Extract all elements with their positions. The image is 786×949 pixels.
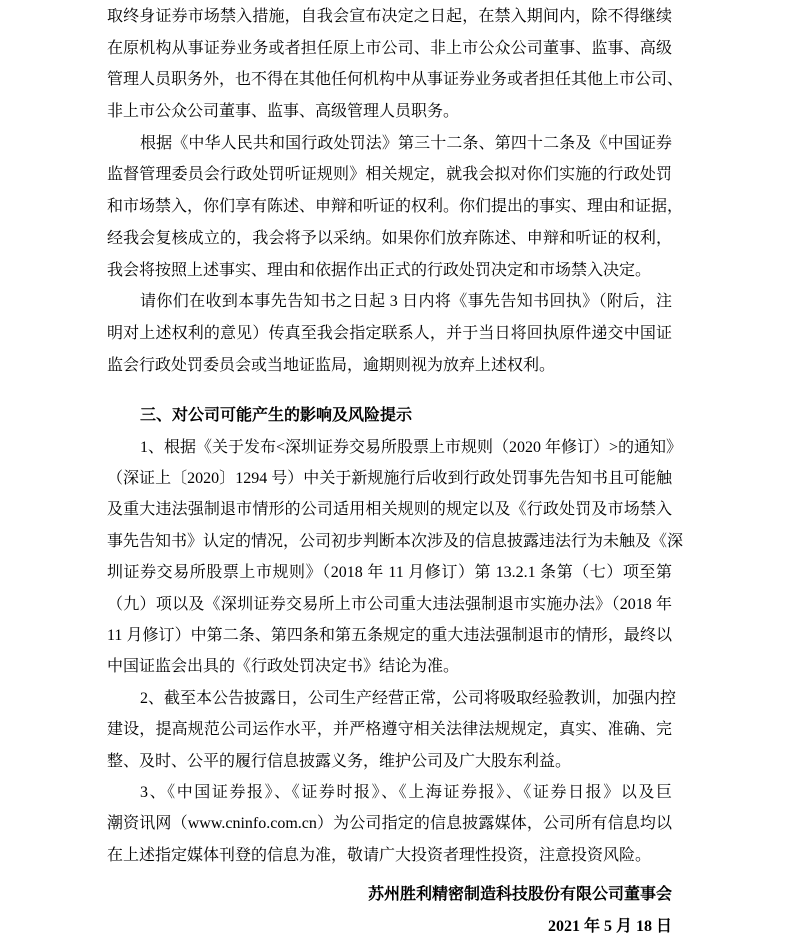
text-line: （九）项以及《深圳证券交易所上市公司重大违法强制退市实施办法》（2018 年: [107, 589, 672, 620]
text-line: （深证上〔2020〕1294 号）中关于新规施行后收到行政处罚事先告知书且可能触: [107, 463, 672, 494]
document-page: 取终身证券市场禁入措施，自我会宣布决定之日起，在禁入期间内，除不得继续 在原机构…: [107, 1, 672, 942]
text-line: 3、《中国证券报》、《证券时报》、《上海证券报》、《证券日报》以及巨: [140, 777, 672, 808]
document-body-top: 取终身证券市场禁入措施，自我会宣布决定之日起，在禁入期间内，除不得继续 在原机构…: [107, 1, 672, 381]
text-line: 1、根据《关于发布<深圳证券交易所股票上市规则（2020 年修订）>的通知》: [140, 432, 672, 463]
text-line: 2、截至本公告披露日，公司生产经营正常，公司将吸取经验教训，加强内控: [140, 683, 672, 714]
text-line: 非上市公众公司董事、监事、高级管理人员职务。: [107, 96, 672, 128]
text-line: 在原机构从事证券业务或者担任原上市公司、非上市公众公司董事、监事、高级: [107, 33, 672, 65]
paragraph-delisting-assessment: 1、根据《关于发布<深圳证券交易所股票上市规则（2020 年修订）>的通知》 （…: [107, 432, 672, 683]
text-line: 根据《中华人民共和国行政处罚法》第三十二条、第四十二条及《中国证券: [140, 128, 672, 160]
text-line: 取终身证券市场禁入措施，自我会宣布决定之日起，在禁入期间内，除不得继续: [107, 1, 672, 33]
text-line: 在上述指定媒体刊登的信息为准，敬请广大投资者理性投资，注意投资风险。: [107, 840, 672, 871]
paragraph-disclosure-media: 3、《中国证券报》、《证券时报》、《上海证券报》、《证券日报》以及巨 潮资讯网（…: [107, 777, 672, 871]
text-line: 监会行政处罚委员会或当地证监局，逾期则视为放弃上述权利。: [107, 350, 672, 382]
text-line: 监督管理委员会行政处罚听证规则》相关规定，就我会拟对你们实施的行政处罚: [107, 159, 672, 191]
text-line: 我会将按照上述事实、理由和依据作出正式的行政处罚决定和市场禁入决定。: [107, 255, 672, 287]
text-line: 请你们在收到本事先告知书之日起 3 日内将《事先告知书回执》（附后，注: [140, 286, 672, 318]
text-line: 整、及时、公平的履行信息披露义务，维护公司及广大股东利益。: [107, 746, 672, 777]
text-line: 潮资讯网（www.cninfo.com.cn）为公司指定的信息披露媒体，公司所有…: [107, 808, 672, 839]
document-body-section-3: 三、对公司可能产生的影响及风险提示 1、根据《关于发布<深圳证券交易所股票上市规…: [107, 400, 672, 871]
signatory-company: 苏州胜利精密制造科技股份有限公司董事会: [107, 879, 672, 911]
text-line: 管理人员职务外，也不得在其他任何机构中从事证券业务或者担任其他上市公司、: [107, 64, 672, 96]
text-line: 及重大违法强制退市情形的公司适用相关规则的规定以及《行政处罚及市场禁入: [107, 494, 672, 525]
text-line: 中国证监会出具的《行政处罚决定书》结论为准。: [107, 651, 672, 682]
text-line: 事先告知书》认定的情况，公司初步判断本次涉及的信息披露违法行为未触及《深: [107, 526, 672, 557]
paragraph-hearing-rights: 根据《中华人民共和国行政处罚法》第三十二条、第四十二条及《中国证券 监督管理委员…: [107, 128, 672, 286]
section-heading: 三、对公司可能产生的影响及风险提示: [140, 400, 672, 431]
text-line: 和市场禁入，你们享有陈述、申辩和听证的权利。你们提出的事实、理由和证据，: [107, 191, 672, 223]
text-line: 圳证券交易所股票上市规则》（2018 年 11 月修订）第 13.2.1 条第（…: [107, 557, 672, 588]
paragraph-market-ban-continuation: 取终身证券市场禁入措施，自我会宣布决定之日起，在禁入期间内，除不得继续 在原机构…: [107, 1, 672, 128]
signature-block: 苏州胜利精密制造科技股份有限公司董事会 2021 年 5 月 18 日: [107, 879, 672, 942]
paragraph-receipt-instructions: 请你们在收到本事先告知书之日起 3 日内将《事先告知书回执》（附后，注 明对上述…: [107, 286, 672, 381]
signature-date: 2021 年 5 月 18 日: [107, 911, 672, 943]
text-line: 经我会复核成立的，我会将予以采纳。如果你们放弃陈述、申辩和听证的权利，: [107, 223, 672, 255]
text-line: 明对上述权利的意见）传真至我会指定联系人，并于当日将回执原件递交中国证: [107, 318, 672, 350]
text-line: 建设，提高规范公司运作水平，并严格遵守相关法律法规规定，真实、准确、完: [107, 714, 672, 745]
text-line: 11 月修订）中第二条、第四条和第五条规定的重大违法强制退市的情形，最终以: [107, 620, 672, 651]
paragraph-operations-normal: 2、截至本公告披露日，公司生产经营正常，公司将吸取经验教训，加强内控 建设，提高…: [107, 683, 672, 777]
